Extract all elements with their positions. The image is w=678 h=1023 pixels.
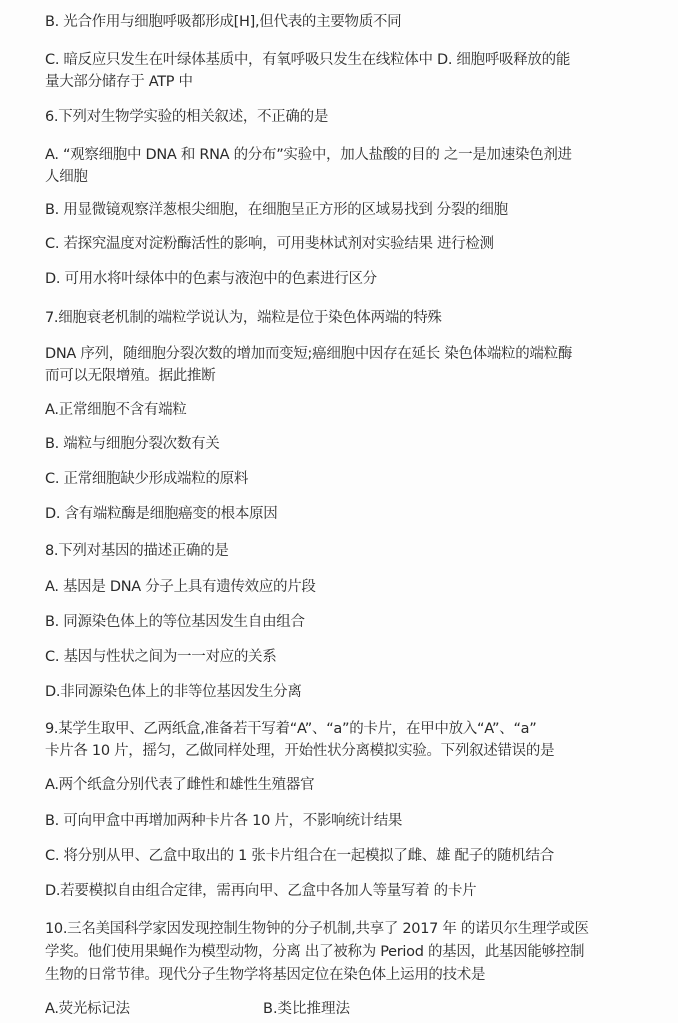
question-7-stem-line1: 7.细胞衰老机制的端粒学说认为，端粒是位于染色体两端的特殊 xyxy=(45,307,442,329)
question-8-stem: 8.下列对基因的描述正确的是 xyxy=(45,540,229,562)
question-6-stem: 6.下列对生物学实验的相关叙述，不正确的是 xyxy=(45,106,328,128)
option-q6-d: D. 可用水将叶绿体中的色素与液泡中的色素进行区分 xyxy=(45,268,377,290)
option-q5-cd-line2: 量大部分储存于 ATP 中 xyxy=(45,71,193,93)
option-q7-b: B. 端粒与细胞分裂次数有关 xyxy=(45,433,219,455)
question-10-stem-line1: 10.三名美国科学家因发现控制生物钟的分子机制,共享了 2017 年 的诺贝尔生… xyxy=(45,918,589,940)
question-9-stem-line1: 9.某学生取甲、乙两纸盒,准备若干写着“A”、“a”的卡片，在甲中放入“A”、“… xyxy=(45,718,536,740)
option-q10-b: B.类比推理法 xyxy=(263,998,350,1020)
option-q8-b: B. 同源染色体上的等位基因发生自由组合 xyxy=(45,611,305,633)
option-q6-c: C. 若探究温度对淀粉酶活性的影响，可用斐林试剂对实验结果 进行检测 xyxy=(45,233,494,255)
option-q8-c: C. 基因与性状之间为一一对应的关系 xyxy=(45,646,276,668)
option-q5-b: B. 光合作用与细胞呼吸都形成[H],但代表的主要物质不同 xyxy=(45,11,401,33)
option-q10-a: A.荧光标记法 xyxy=(45,998,130,1020)
option-q5-cd-line1: C. 暗反应只发生在叶绿体基质中，有氧呼吸只发生在线粒体中 D. 细胞呼吸释放的… xyxy=(45,49,570,71)
question-7-stem-line3: 而可以无限增殖。据此推断 xyxy=(45,365,215,387)
option-q9-c: C. 将分别从甲、乙盒中取出的 1 张卡片组合在一起模拟了雌、雄 配子的随机结合 xyxy=(45,845,554,867)
document-page: B. 光合作用与细胞呼吸都形成[H],但代表的主要物质不同 C. 暗反应只发生在… xyxy=(0,0,678,1023)
option-q7-a: A.正常细胞不含有端粒 xyxy=(45,399,186,421)
option-q8-a: A. 基因是 DNA 分子上具有遗传效应的片段 xyxy=(45,576,316,598)
question-10-stem-line2: 学奖。他们使用果蝇作为模型动物，分离 出了被称为 Period 的基因，此基因能… xyxy=(45,941,584,963)
option-q9-a: A.两个纸盒分别代表了雌性和雄性生殖器官 xyxy=(45,774,314,796)
question-9-stem-line2: 卡片各 10 片，摇匀，乙做同样处理，开始性状分离模拟实验。下列叙述错误的是 xyxy=(45,740,554,762)
option-q8-d: D.非同源染色体上的非等位基因发生分离 xyxy=(45,681,302,703)
option-q9-b: B. 可向甲盒中再增加两种卡片各 10 片，不影响统计结果 xyxy=(45,810,402,832)
option-q6-b: B. 用显微镜观察洋葱根尖细胞，在细胞呈正方形的区域易找到 分裂的细胞 xyxy=(45,199,508,221)
option-q9-d: D.若要模拟自由组合定律，需再向甲、乙盒中各加人等量写着 的卡片 xyxy=(45,880,476,902)
option-q6-a-line1: A. “观察细胞中 DNA 和 RNA 的分布”实验中，加人盐酸的目的 之一是加… xyxy=(45,144,572,166)
option-q7-c: C. 正常细胞缺少形成端粒的原料 xyxy=(45,468,248,490)
option-q7-d: D. 含有端粒酶是细胞癌变的根本原因 xyxy=(45,503,277,525)
question-7-stem-line2: DNA 序列，随细胞分裂次数的增加而变短;癌细胞中因存在延长 染色体端粒的端粒酶 xyxy=(45,343,572,365)
option-q6-a-line2: 人细胞 xyxy=(45,166,88,188)
question-10-stem-line3: 生物的日常节律。现代分子生物学将基因定位在染色体上运用的技术是 xyxy=(45,964,485,986)
